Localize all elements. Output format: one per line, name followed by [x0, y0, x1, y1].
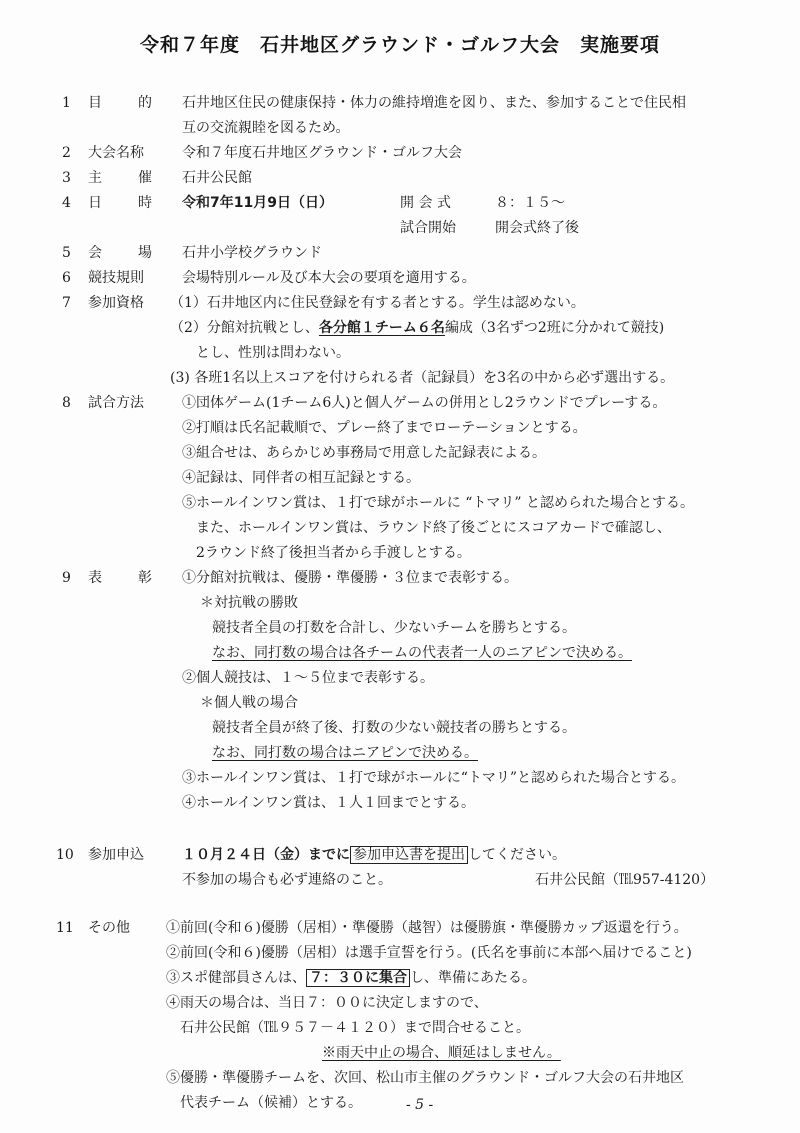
method-item-5: ⑤ホールインワン賞は、１打で球がホールに “トマリ” と認められた場合とする。 [182, 494, 694, 512]
rain-cancel-note: ※雨天中止の場合、順延はしません。 [322, 1044, 561, 1062]
other-item-3: ③スポ健部員さんは、７：３０に集合し、準備にあたる。 [166, 969, 536, 987]
method-item-5-cont: 2ラウンド終了後担当者から手渡しとする。 [196, 544, 471, 562]
section-number: 1 [62, 94, 71, 112]
title-guidelines: 実施要項 [580, 34, 660, 56]
absence-notice: 不参加の場合も必ず連絡のこと。 [182, 871, 392, 889]
section-label: 表彰 [88, 569, 152, 587]
awards-item-1-note: ＊対抗戦の勝敗 [200, 594, 298, 612]
eligibility-item-2-cont: とし、性別は問わない。 [196, 344, 350, 362]
awards-item-2-note: ＊個人戦の場合 [200, 694, 298, 712]
start-label: 試合開始 [400, 219, 456, 237]
document-title: 令和７年度石井地区グラウンド・ゴルフ大会実施要項 [0, 30, 800, 57]
other-item-1: ①前回(令和６)優勝（居相）・準優勝（越智）は優勝旗・準優勝カップ返還を行う。 [166, 919, 688, 937]
eligibility-item-2: （2）分館対抗戦とし、各分館１チーム６名編成（3名ずつ2班に分かれて競技) [170, 319, 664, 337]
assembly-time-boxed: ７：３０に集合 [306, 969, 410, 987]
method-item-3: ③組合せは、あらかじめ事務局で用意した記録表による。 [182, 444, 546, 462]
method-item-4: ④記録は、同伴者の相互記録とする。 [182, 469, 420, 487]
awards-item-2: ②個人競技は、１～５位まで表彰する。 [182, 669, 434, 687]
method-item-2: ②打順は氏名記載順で、プレー終了までローテーションとする。 [182, 419, 587, 437]
section-text: 会場特別ルール及び本大会の要項を適用する。 [182, 269, 476, 287]
title-year: 令和７年度 [140, 34, 240, 56]
section-text: 互の交流親睦を図るため。 [182, 119, 349, 137]
awards-item-2-tie: なお、同打数の場合はニアピンで決める。 [212, 744, 478, 762]
section-number: 11 [56, 919, 74, 937]
section-label: 参加申込 [88, 846, 144, 864]
application-deadline-line: １０月２４日（金）までに参加申込書を提出してください。 [182, 846, 566, 864]
contact-info: 石井公民館（℡957-4120） [535, 871, 714, 889]
section-number: 3 [62, 169, 71, 187]
opening-time: ８：１５～ [495, 194, 565, 212]
section-label: 試合方法 [88, 394, 144, 412]
other-item-5: ⑤優勝・準優勝チームを、次回、松山市主催のグラウンド・ゴルフ大会の石井地区 [166, 1069, 684, 1087]
section-number: 5 [62, 244, 71, 262]
section-text: 石井公民館 [182, 169, 252, 187]
awards-item-4: ④ホールインワン賞は、１人１回までとする。 [182, 794, 475, 812]
other-item-2: ②前回(令和６)優勝（居相）は選手宣誓を行う。(氏名を事前に本部へ届けでること) [166, 944, 692, 962]
section-text: 石井小学校グラウンド [182, 244, 322, 262]
title-event: 石井地区グラウンド・ゴルフ大会 [260, 34, 560, 56]
eligibility-item-1: （1）石井地区内に住民登録を有する者とする。学生は認めない。 [170, 294, 585, 312]
section-label: 主催 [88, 169, 152, 187]
document-page: 令和７年度石井地区グラウンド・ゴルフ大会実施要項 1 目的 石井地区住民の健康保… [0, 0, 800, 1133]
section-number: 10 [56, 846, 74, 864]
start-time: 開会式終了後 [495, 219, 579, 237]
section-number: 8 [62, 394, 71, 412]
method-item-5-cont: また、ホールインワン賞は、ラウンド終了後ごとにスコアカードで確認し、 [196, 519, 671, 537]
other-item-4: ④雨天の場合は、当日７：００に決定しますので、 [166, 994, 488, 1012]
other-item-5-cont: 代表チーム（候補）とする。 [180, 1094, 362, 1112]
awards-item-1: ①分館対抗戦は、優勝・準優勝・３位まで表彰する。 [182, 569, 518, 587]
eligibility-item-3: (3) 各班1名以上スコアを付けられる者（記録員）を3名の中から必ず選出する。 [170, 369, 674, 387]
event-date: 令和7年11月9日（日） [182, 194, 333, 212]
section-text: 令和７年度石井地区グラウンド・ゴルフ大会 [182, 144, 462, 162]
section-label: その他 [88, 919, 130, 937]
section-label: 大会名称 [88, 144, 144, 162]
section-number: 6 [62, 269, 71, 287]
awards-item-3: ③ホールインワン賞は、１打で球がホールに“トマリ”と認められた場合とする。 [182, 769, 685, 787]
application-deadline: １０月２４日（金）までに [182, 847, 350, 863]
section-label: 会場 [88, 244, 152, 262]
section-label: 参加資格 [88, 294, 144, 312]
section-text: 石井地区住民の健康保持・体力の維持増進を図り、また、参加することで住民相 [182, 94, 686, 112]
section-number: 7 [62, 294, 71, 312]
team-composition-highlight: 各分館１チーム６名 [319, 320, 445, 336]
page-number: - 5 - [406, 1097, 433, 1113]
opening-label: 開 会 式 [400, 194, 451, 212]
section-label: 目的 [88, 94, 152, 112]
section-number: 9 [62, 569, 71, 587]
section-number: 2 [62, 144, 71, 162]
awards-item-1-tie: なお、同打数の場合は各チームの代表者一人のニアピンで決める。 [212, 644, 632, 662]
section-label: 競技規則 [88, 269, 144, 287]
method-item-1: ①団体ゲーム(1チーム6人)と個人ゲームの併用とし2ラウンドでプレーする。 [182, 394, 666, 412]
submit-form-boxed: 参加申込書を提出 [350, 846, 468, 864]
awards-item-2-rule: 競技者全員が終了後、打数の少ない競技者の勝ちとする。 [212, 719, 576, 737]
section-label: 日時 [88, 194, 152, 212]
other-item-4-cont: 石井公民館（℡９５７－４１２０）まで問合せること。 [180, 1019, 530, 1037]
section-number: 4 [62, 194, 71, 212]
awards-item-1-rule: 競技者全員の打数を合計し、少ないチームを勝ちとする。 [212, 619, 576, 637]
